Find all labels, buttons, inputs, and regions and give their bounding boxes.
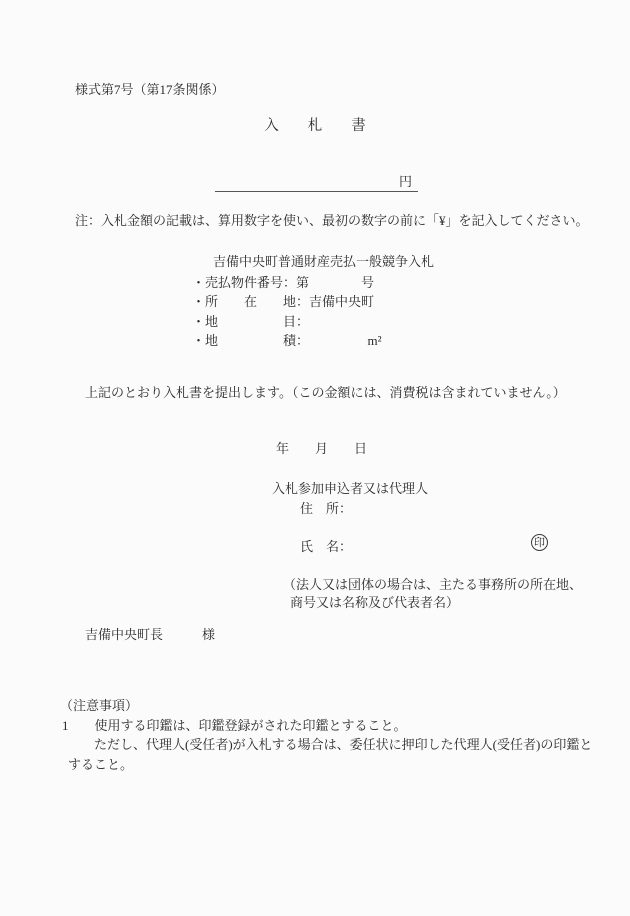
land-category-line: ・地 目：: [192, 313, 309, 331]
bid-amount-blank-field: 円: [215, 171, 418, 192]
seal-character: 印: [534, 537, 545, 549]
location-line: ・所 在 地：吉備中央町: [192, 293, 374, 311]
form-number-label: 様式第7号（第17条関係）: [75, 81, 225, 99]
corporate-note-line2: 商号又は名称及び代表者名）: [290, 594, 459, 612]
land-area-line: ・地 積： m²: [192, 332, 382, 350]
auction-heading: 吉備中央町普通財産売払一般競争入札: [213, 253, 434, 271]
corporate-note-line1: （法人又は団体の場合は、主たる事務所の所在地、: [283, 576, 582, 594]
bidder-heading: 入札参加申込者又は代理人: [272, 480, 428, 498]
notes-item1-continuation1: ただし、代理人(受任者)が入札する場合は、委任状に押印した代理人(受任者)の印鑑…: [94, 736, 592, 754]
document-title: 入 札 書: [0, 117, 630, 137]
instruction-note: 注：入札金額の記載は、算用数字を使い、最初の数字の前に「¥」を記入してください。: [75, 212, 589, 230]
date-line: 年 月 日: [276, 440, 367, 458]
seal-icon: 印: [531, 534, 548, 551]
name-label: 氏 名：: [300, 538, 352, 556]
submission-statement: 上記のとおり入札書を提出します。（この金額には、消費税は含まれていません。）: [85, 384, 566, 402]
notes-heading: （注意事項）: [60, 697, 138, 715]
notes-item1-continuation2: すること。: [68, 756, 133, 774]
property-number-line: ・売払物件番号：第 号: [192, 274, 374, 292]
notes-item1: 1 使用する印鑑は、印鑑登録がされた印鑑とすること。: [62, 717, 407, 735]
amount-unit-label: 円: [399, 174, 418, 189]
bid-form-page: 様式第7号（第17条関係） 入 札 書 円 注：入札金額の記載は、算用数字を使い…: [0, 0, 630, 916]
address-label: 住 所：: [300, 500, 352, 518]
addressee-line: 吉備中央町長 様: [85, 626, 215, 644]
